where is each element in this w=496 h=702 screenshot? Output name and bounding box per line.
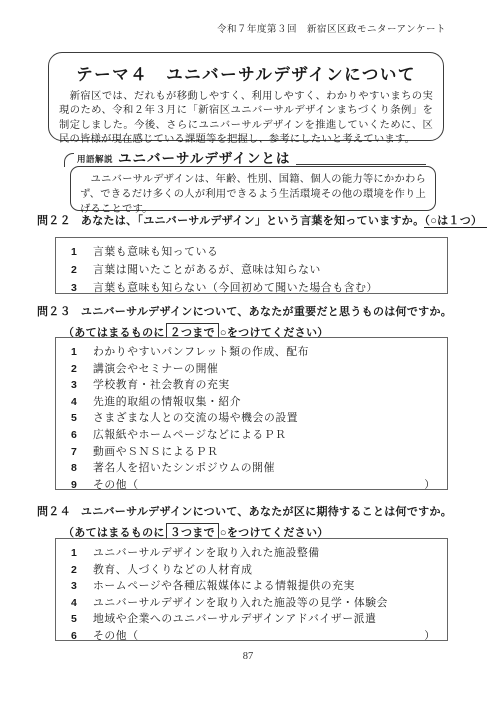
page-number: 87 xyxy=(0,651,496,662)
option-row: 1 わかりやすいパンフレット類の作成、配布 xyxy=(56,344,447,361)
document-header: 令和７年度第３回 新宿区区政モニターアンケート xyxy=(217,21,446,35)
glossary-underline xyxy=(296,164,426,165)
option-text: さまざまな人との交流の場や機会の設置 xyxy=(93,410,298,425)
option-number: 5 xyxy=(71,613,81,625)
theme-title: テーマ４ ユニバーサルデザインについて xyxy=(59,61,433,85)
option-row: 2 講演会やセミナーの開催 xyxy=(56,361,447,378)
option-row: 5 さまざまな人との交流の場や機会の設置 xyxy=(56,410,447,427)
option-number: 8 xyxy=(71,462,81,474)
option-text: 言葉は聞いたことがあるが、意味は知らない xyxy=(93,262,321,277)
option-number: 4 xyxy=(71,396,81,408)
question-22-label: 問２２ xyxy=(37,215,71,227)
question-22-note: （○は１つ） xyxy=(424,215,487,228)
option-text: 言葉も意味も知らない（今回初めて聞いた場合も含む） xyxy=(93,280,378,295)
option-text: 学校教育・社会教育の充実 xyxy=(93,377,230,392)
glossary-title: ユニバーサルデザインとは xyxy=(118,147,290,167)
question-22-text: あなたは、「ユニバーサルデザイン」という言葉を知っていますか。 xyxy=(81,215,424,227)
option-row: 2 言葉は聞いたことがあるが、意味は知らない xyxy=(56,262,447,280)
glossary-connector-line xyxy=(64,153,74,167)
question-23-label: 問２３ xyxy=(37,306,71,318)
option-number: 1 xyxy=(71,346,81,358)
option-text: 著名人を招いたシンポジウムの開催 xyxy=(93,460,275,475)
theme-box: テーマ４ ユニバーサルデザインについて 新宿区では、だれもが移動しやすく、利用し… xyxy=(48,52,444,141)
option-number: 4 xyxy=(71,597,81,609)
question-24-text: ユニバーサルデザインについて、あなたが区に期待することは何ですか。 xyxy=(81,506,452,518)
option-text: ユニバーサルデザインを取り入れた施設整備 xyxy=(93,545,320,560)
question-24-label: 問２４ xyxy=(37,506,71,518)
option-close-paren: ） xyxy=(424,477,435,492)
option-text: 動画やＳＮＳによるＰＲ xyxy=(93,444,218,459)
option-number: 2 xyxy=(71,264,81,276)
option-text: その他（ xyxy=(93,628,139,643)
option-text: 講演会やセミナーの開催 xyxy=(93,361,218,376)
option-row: 1 ユニバーサルデザインを取り入れた施設整備 xyxy=(56,545,447,562)
option-text: 広報紙やホームページなどによるＰＲ xyxy=(93,427,287,442)
option-row: 3 言葉も意味も知らない（今回初めて聞いた場合も含む） xyxy=(56,280,447,298)
option-text: その他（ xyxy=(93,477,139,492)
option-row: 6 広報紙やホームページなどによるＰＲ xyxy=(56,427,447,444)
option-number: 1 xyxy=(71,246,81,258)
option-row: 4 ユニバーサルデザインを取り入れた施設等の見学・体験会 xyxy=(56,595,447,612)
question-24-options-box: 1 ユニバーサルデザインを取り入れた施設整備 2 教育、人づくりなどの人材育成 … xyxy=(55,538,448,641)
option-row: 7 動画やＳＮＳによるＰＲ xyxy=(56,444,447,461)
option-text: ユニバーサルデザインを取り入れた施設等の見学・体験会 xyxy=(93,595,388,610)
option-text: 教育、人づくりなどの人材育成 xyxy=(93,562,253,577)
question-22-options-box: 1 言葉も意味も知っている 2 言葉は聞いたことがあるが、意味は知らない 3 言… xyxy=(55,237,448,294)
option-number: 3 xyxy=(71,580,81,592)
glossary-definition-text: ユニバーサルデザインは、年齢、性別、国籍、個人の能力等にかかわらず、できるだけ多… xyxy=(80,174,426,215)
option-number: 7 xyxy=(71,446,81,458)
option-row: 4 先進的取組の情報収集・紹介 xyxy=(56,394,447,411)
option-row-other: 6 その他（ ） xyxy=(56,628,447,645)
theme-intro-text: 新宿区では、だれもが移動しやすく、利用しやすく、わかりやすいまちの実現のため、令… xyxy=(59,90,433,148)
option-text: ホームページや各種広報媒体による情報提供の充実 xyxy=(93,578,355,593)
option-row: 8 著名人を招いたシンポジウムの開催 xyxy=(56,460,447,477)
glossary-tag: 用語解説 xyxy=(77,153,113,167)
question-23-text: ユニバーサルデザインについて、あなたが重要だと思うものは何ですか。 xyxy=(81,306,452,318)
option-text: わかりやすいパンフレット類の作成、配布 xyxy=(93,344,309,359)
option-row: 2 教育、人づくりなどの人材育成 xyxy=(56,562,447,579)
option-text: 先進的取組の情報収集・紹介 xyxy=(93,394,241,409)
option-number: 6 xyxy=(71,630,81,642)
option-text: 地域や企業へのユニバーサルデザインアドバイザー派遣 xyxy=(93,611,376,626)
question-22-heading: 問２２あなたは、「ユニバーサルデザイン」という言葉を知っていますか。（○は１つ） xyxy=(37,212,487,228)
option-text: 言葉も意味も知っている xyxy=(93,244,218,259)
option-row: 3 ホームページや各種広報媒体による情報提供の充実 xyxy=(56,578,447,595)
option-number: 2 xyxy=(71,564,81,576)
glossary-heading: 用語解説 ユニバーサルデザインとは xyxy=(64,146,426,167)
option-number: 3 xyxy=(71,282,81,294)
option-number: 6 xyxy=(71,429,81,441)
option-number: 2 xyxy=(71,363,81,375)
option-row: 1 言葉も意味も知っている xyxy=(56,244,447,262)
glossary-definition-box: ユニバーサルデザインは、年齢、性別、国籍、個人の能力等にかかわらず、できるだけ多… xyxy=(70,166,436,211)
option-number: 1 xyxy=(71,547,81,559)
option-number: 9 xyxy=(71,479,81,491)
questionnaire-page: 令和７年度第３回 新宿区区政モニターアンケート テーマ４ ユニバーサルデザインに… xyxy=(0,0,496,702)
option-number: 3 xyxy=(71,379,81,391)
option-row-other: 9 その他（ ） xyxy=(56,477,447,494)
option-close-paren: ） xyxy=(424,628,435,643)
question-24-heading: 問２４ユニバーサルデザインについて、あなたが区に期待することは何ですか。 （あて… xyxy=(37,503,452,543)
question-23-options-box: 1 わかりやすいパンフレット類の作成、配布 2 講演会やセミナーの開催 3 学校… xyxy=(55,337,448,490)
option-number: 5 xyxy=(71,412,81,424)
option-row: 3 学校教育・社会教育の充実 xyxy=(56,377,447,394)
option-row: 5 地域や企業へのユニバーサルデザインアドバイザー派遣 xyxy=(56,611,447,628)
